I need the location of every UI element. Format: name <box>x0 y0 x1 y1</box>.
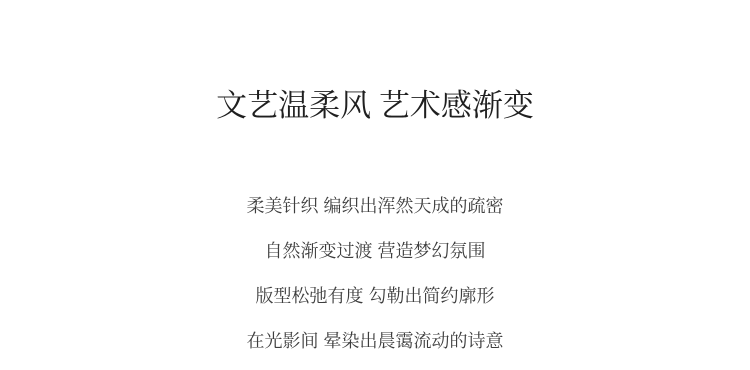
description-line-poetic: 在光影间 晕染出晨霭流动的诗意 <box>0 331 750 353</box>
product-description-section: 文艺温柔风 艺术感渐变 柔美针织 编织出浑然天成的疏密 自然渐变过渡 营造梦幻氛… <box>0 0 750 370</box>
description-line-gradient: 自然渐变过渡 营造梦幻氛围 <box>0 241 750 263</box>
description-line-knit: 柔美针织 编织出浑然天成的疏密 <box>0 196 750 218</box>
section-headline: 文艺温柔风 艺术感渐变 <box>0 87 750 124</box>
description-line-silhouette: 版型松弛有度 勾勒出简约廓形 <box>0 286 750 308</box>
